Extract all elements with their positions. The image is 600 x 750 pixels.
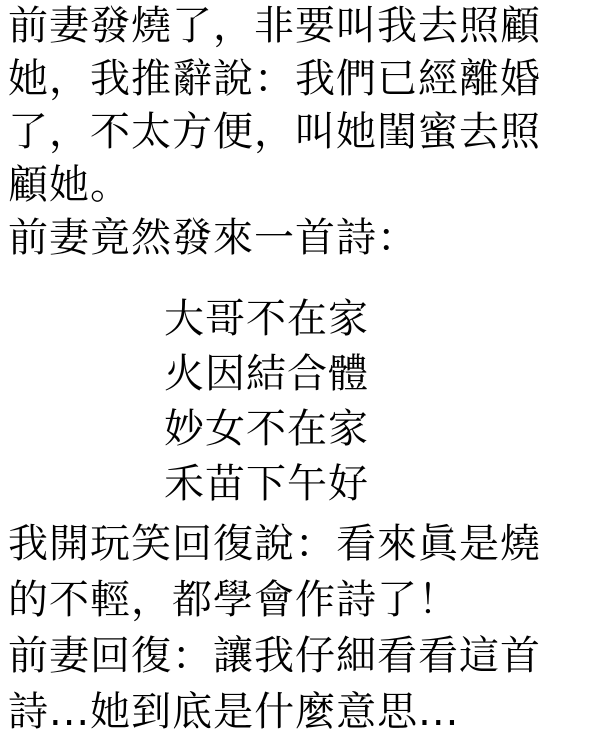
poem-line-4: 禾苗下午好: [164, 460, 369, 508]
outro-line-1: 我開玩笑回復說：看來眞是燒: [8, 520, 541, 568]
outro-line-2: 的不輕，都學會作詩了！: [8, 576, 459, 624]
intro-line-2: 她，我推辭說：我們已經離婚: [8, 55, 541, 103]
story-document: 前妻發燒了，非要叫我去照顧 她，我推辭說：我們已經離婚 了，不太方便，叫她閨蜜去…: [0, 0, 600, 750]
poem-line-2: 火因結合體: [164, 350, 369, 398]
intro-line-3: 了，不太方便，叫她閨蜜去照: [8, 108, 541, 156]
intro-line-1: 前妻發燒了，非要叫我去照顧: [8, 2, 541, 50]
intro-line-4: 顧她。: [8, 161, 131, 209]
poem-line-1: 大哥不在家: [164, 295, 369, 343]
outro-line-4: 詩...她到底是什麼意思...: [8, 688, 459, 736]
outro-line-3: 前妻回復：讓我仔細看看這首: [8, 632, 541, 680]
poem-line-3: 妙女不在家: [164, 405, 369, 453]
intro-line-5: 前妻竟然發來一首詩：: [8, 214, 418, 262]
